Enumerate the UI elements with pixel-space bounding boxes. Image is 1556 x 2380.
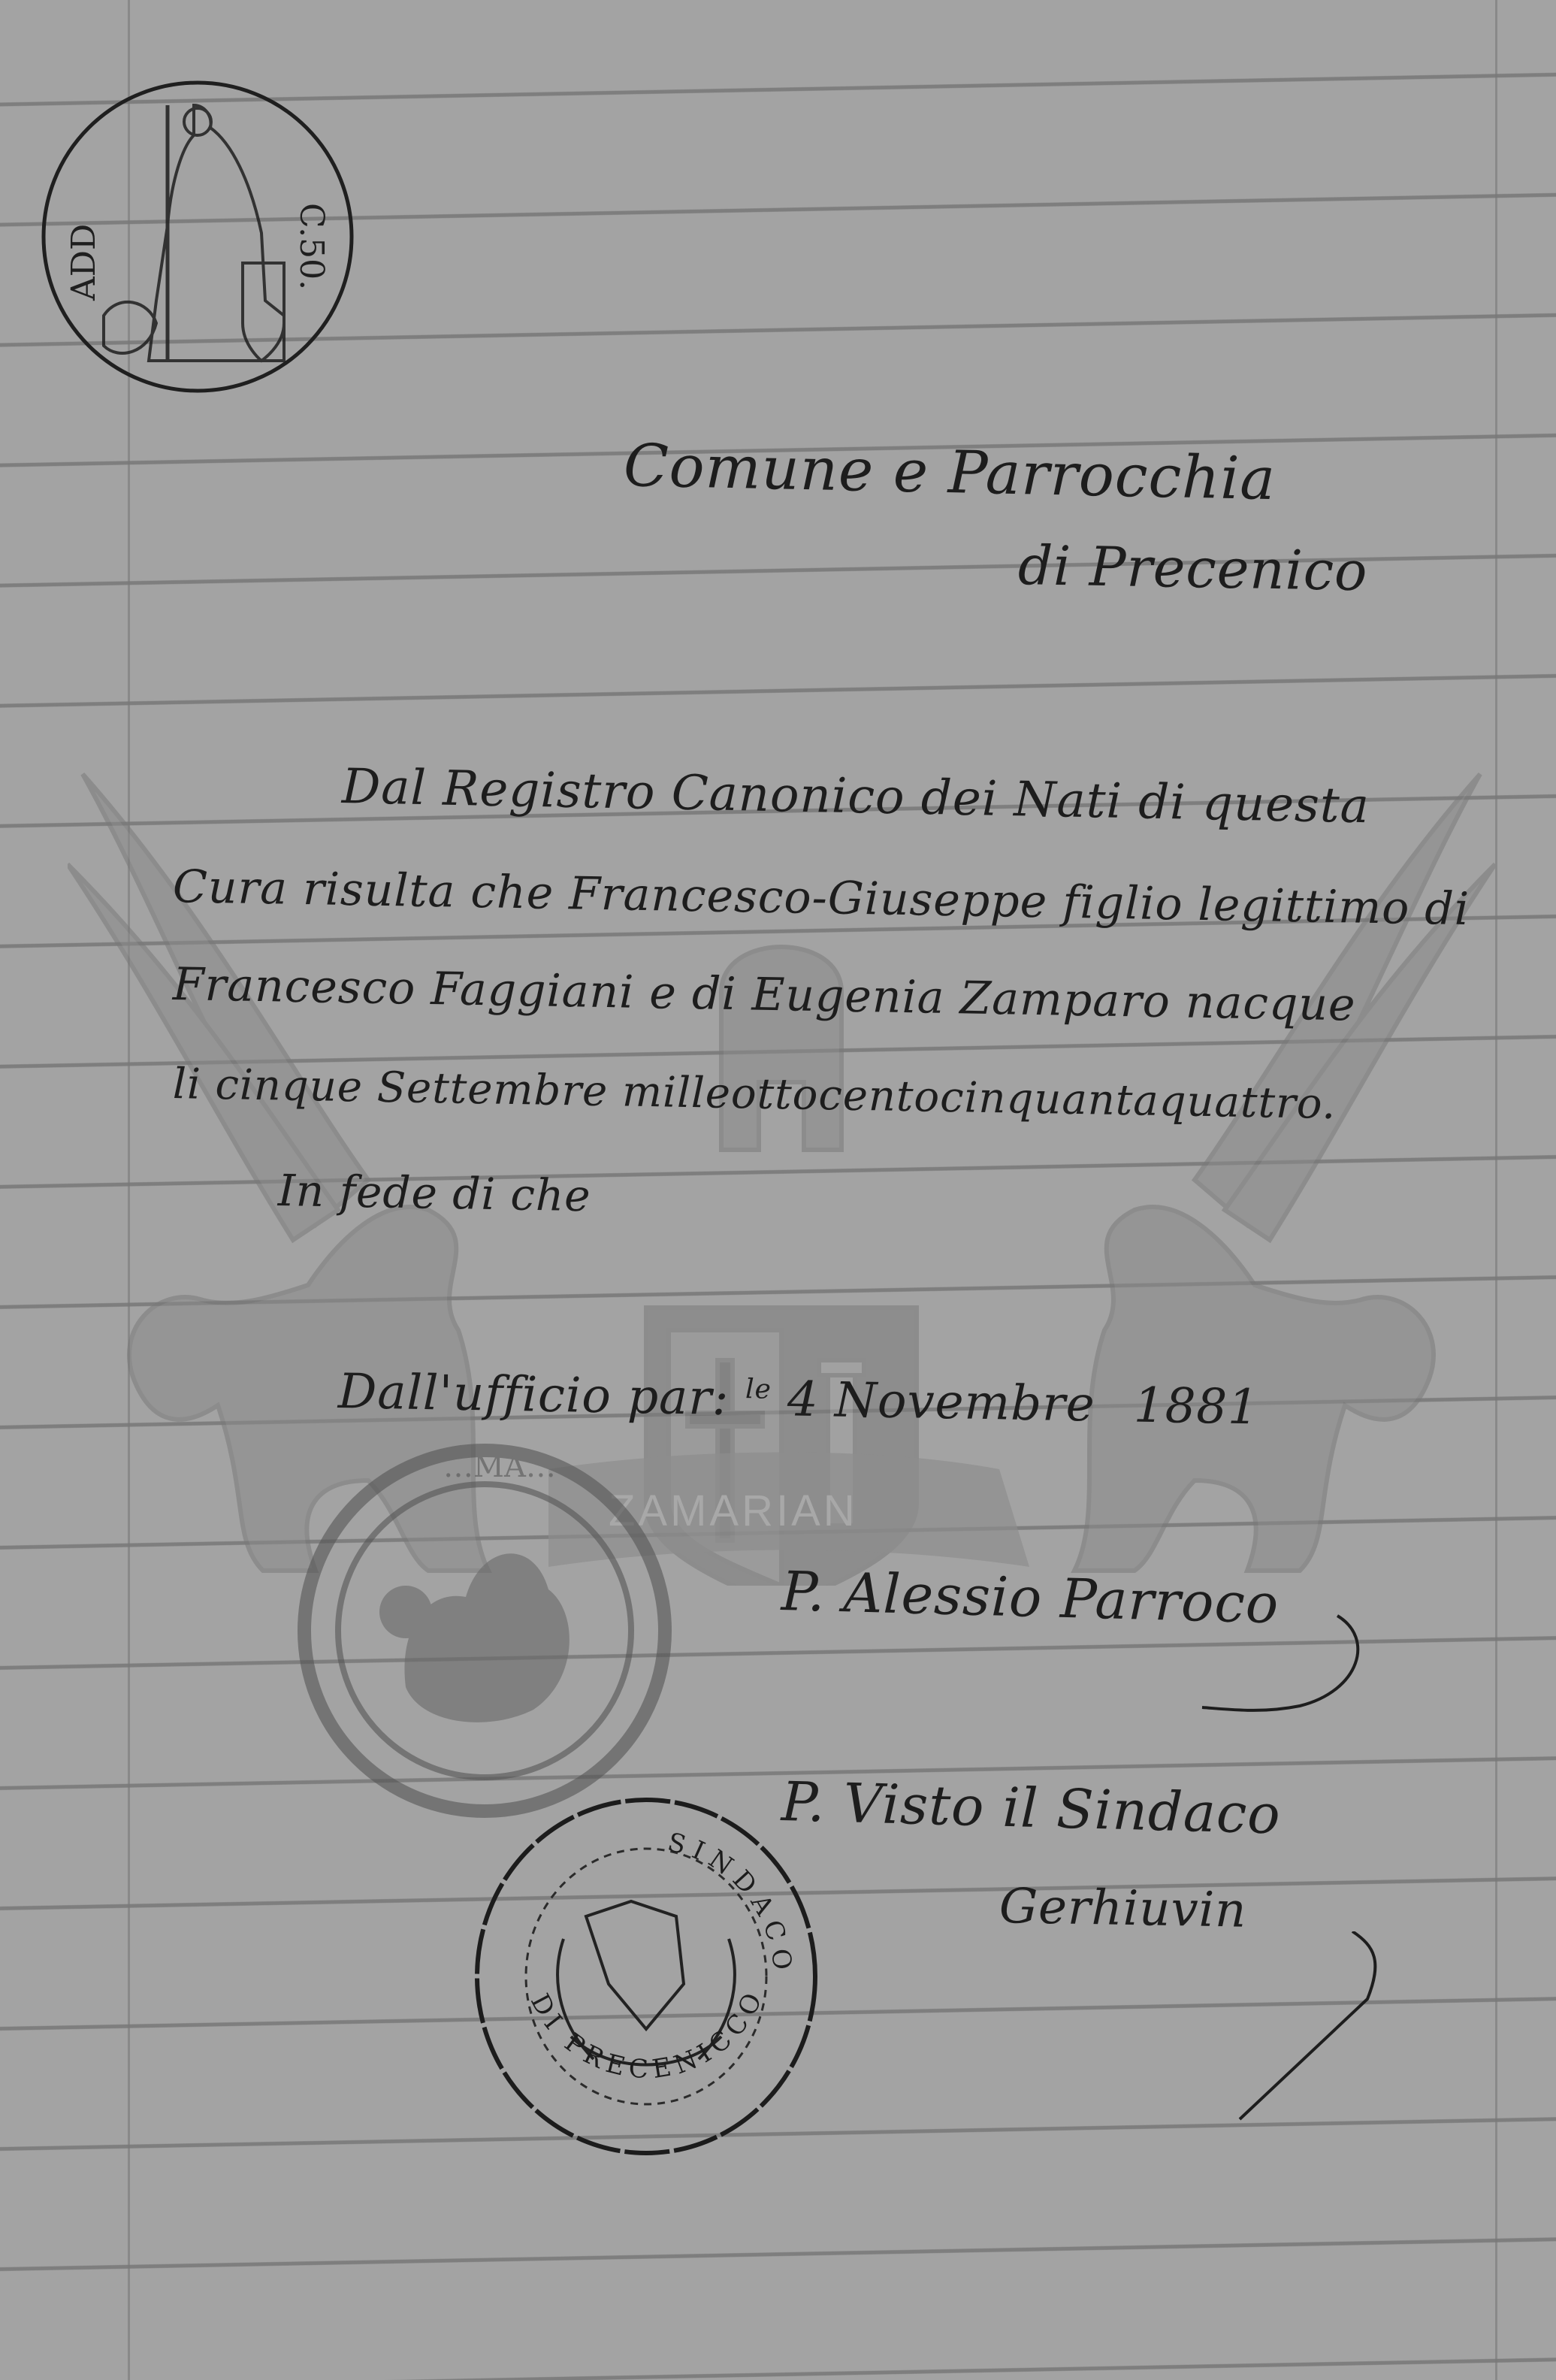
date-place: Dall'ufficio par: (337, 1364, 730, 1426)
revenue-stamp-left-text: ADD (65, 224, 103, 301)
date-day-prefix: le (745, 1374, 772, 1405)
parish-stamp-legend: …MA… (443, 1450, 556, 1484)
date-day: 4 (787, 1371, 819, 1428)
date-month: Novembre (834, 1373, 1095, 1433)
heading-line-1: Comune e Parrocchia (623, 432, 1277, 513)
mayor-signature-flourish-icon (1202, 1931, 1397, 2127)
priest-signature-flourish-icon (1187, 1608, 1382, 1721)
document-page: ZAMARIAN ADD C.50. Comune e Parrocchia d… (0, 0, 1556, 2380)
mayor-stamp-icon: SINDACO DI PRECENICCO (458, 1789, 834, 2164)
svg-text:SINDACO: SINDACO (664, 1827, 797, 1979)
body-line-3: Francesco Faggiani e di Eugenia Zamparo … (172, 958, 1356, 1031)
body-line-5: In fede di che (277, 1165, 591, 1221)
date-line: Dall'ufficio par: le 4 Novembre 1881 (337, 1364, 1259, 1435)
mayor-signature: Gerhiuvin (999, 1879, 1247, 1939)
revenue-stamp-icon: ADD C.50. (36, 75, 359, 398)
mayor-visto-label: P. Visto il Sindaco (781, 1770, 1282, 1846)
heading-line-2: di Precenico (1017, 534, 1368, 603)
revenue-stamp-value: C.50. (292, 203, 331, 290)
date-year: 1881 (1133, 1377, 1259, 1435)
body-line-4: li cinque Settembre milleottocentocinqua… (172, 1060, 1336, 1129)
body-line-1: Dal Registro Canonico dei Nati di questa (341, 759, 1370, 834)
parish-stamp-icon: …MA… (293, 1439, 676, 1822)
body-line-2: Cura risulta che Francesco-Giuseppe figl… (172, 860, 1470, 936)
mayor-stamp-top-text: SINDACO (664, 1827, 797, 1979)
right-margin-rule (1495, 0, 1497, 2380)
